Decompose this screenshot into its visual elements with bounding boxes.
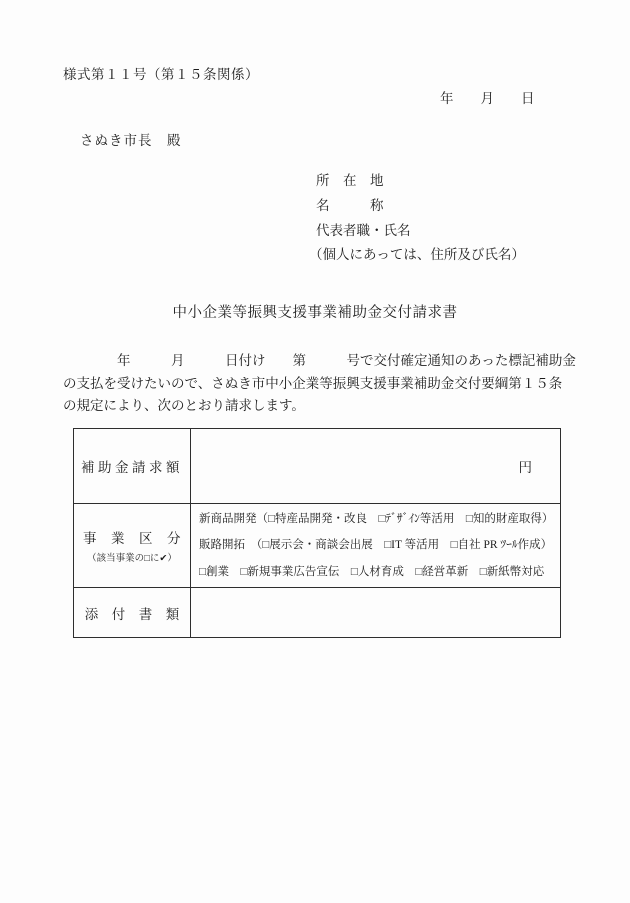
paragraph-line: の支払を受けたいので、さぬき市中小企業等振興支援事業補助金交付要綱第１５条 (63, 373, 603, 396)
category-check-note: （該当事業の□に✔） (87, 550, 177, 564)
paragraph-line: の規定により、次のとおり請求します。 (63, 395, 603, 418)
category-row: 事 業 区 分 （該当事業の□に✔） 新商品開発（□特産品開発・改良 □ﾃﾞｻﾞ… (74, 504, 561, 588)
category-options-line: 販路開拓 （□展示会・商談会出展 □IT 等活用 □自社 PR ﾂｰﾙ作成） (199, 532, 556, 558)
date-line: 年 月 日 (440, 87, 535, 107)
paragraph-line: 年 月 日付け 第 号で交付確定通知のあった標記補助金 (63, 350, 603, 373)
sender-individual-note: （個人にあっては、住所及び氏名） (309, 243, 525, 268)
attachments-label: 添 付 書 類 (85, 607, 180, 622)
request-paragraph: 年 月 日付け 第 号で交付確定通知のあった標記補助金 の支払を受けたいので、さ… (63, 350, 603, 418)
category-options-cell: 新商品開発（□特産品開発・改良 □ﾃﾞｻﾞｲﾝ等活用 □知的財産取得） 販路開拓… (191, 504, 561, 588)
category-options-line: 新商品開発（□特産品開発・改良 □ﾃﾞｻﾞｲﾝ等活用 □知的財産取得） (199, 506, 556, 532)
amount-row: 補助金請求額 円 (74, 429, 561, 504)
attachments-row-header: 添 付 書 類 (74, 588, 191, 638)
request-table: 補助金請求額 円 事 業 区 分 （該当事業の□に✔） 新商品開発（□特産品開発… (73, 428, 561, 638)
sender-block: 所 在 地 名 称 代表者職・氏名 （個人にあっては、住所及び氏名） (316, 169, 525, 268)
form-number: 様式第１１号（第１５条関係） (63, 63, 259, 83)
sender-representative-label: 代表者職・氏名 (316, 219, 525, 244)
sender-name-label: 名 称 (316, 194, 525, 219)
amount-unit-label: 円 (519, 460, 533, 475)
category-label: 事 業 区 分 (83, 527, 181, 547)
document-title: 中小企業等振興支援事業補助金交付請求書 (0, 301, 630, 322)
category-row-header: 事 業 区 分 （該当事業の□に✔） (74, 504, 191, 588)
attachments-content-cell (191, 588, 561, 638)
addressee: さぬき市長 殿 (80, 129, 182, 149)
attachments-row: 添 付 書 類 (74, 588, 561, 638)
amount-row-header: 補助金請求額 (74, 429, 191, 504)
amount-label: 補助金請求額 (81, 460, 183, 475)
category-options-line: □創業 □新規事業広告宣伝 □人材育成 □経営革新 □新紙幣対応 (199, 559, 556, 585)
document-page: 様式第１１号（第１５条関係） 年 月 日 さぬき市長 殿 所 在 地 名 称 代… (0, 0, 630, 903)
sender-address-label: 所 在 地 (316, 169, 525, 194)
amount-value-cell: 円 (191, 429, 561, 504)
